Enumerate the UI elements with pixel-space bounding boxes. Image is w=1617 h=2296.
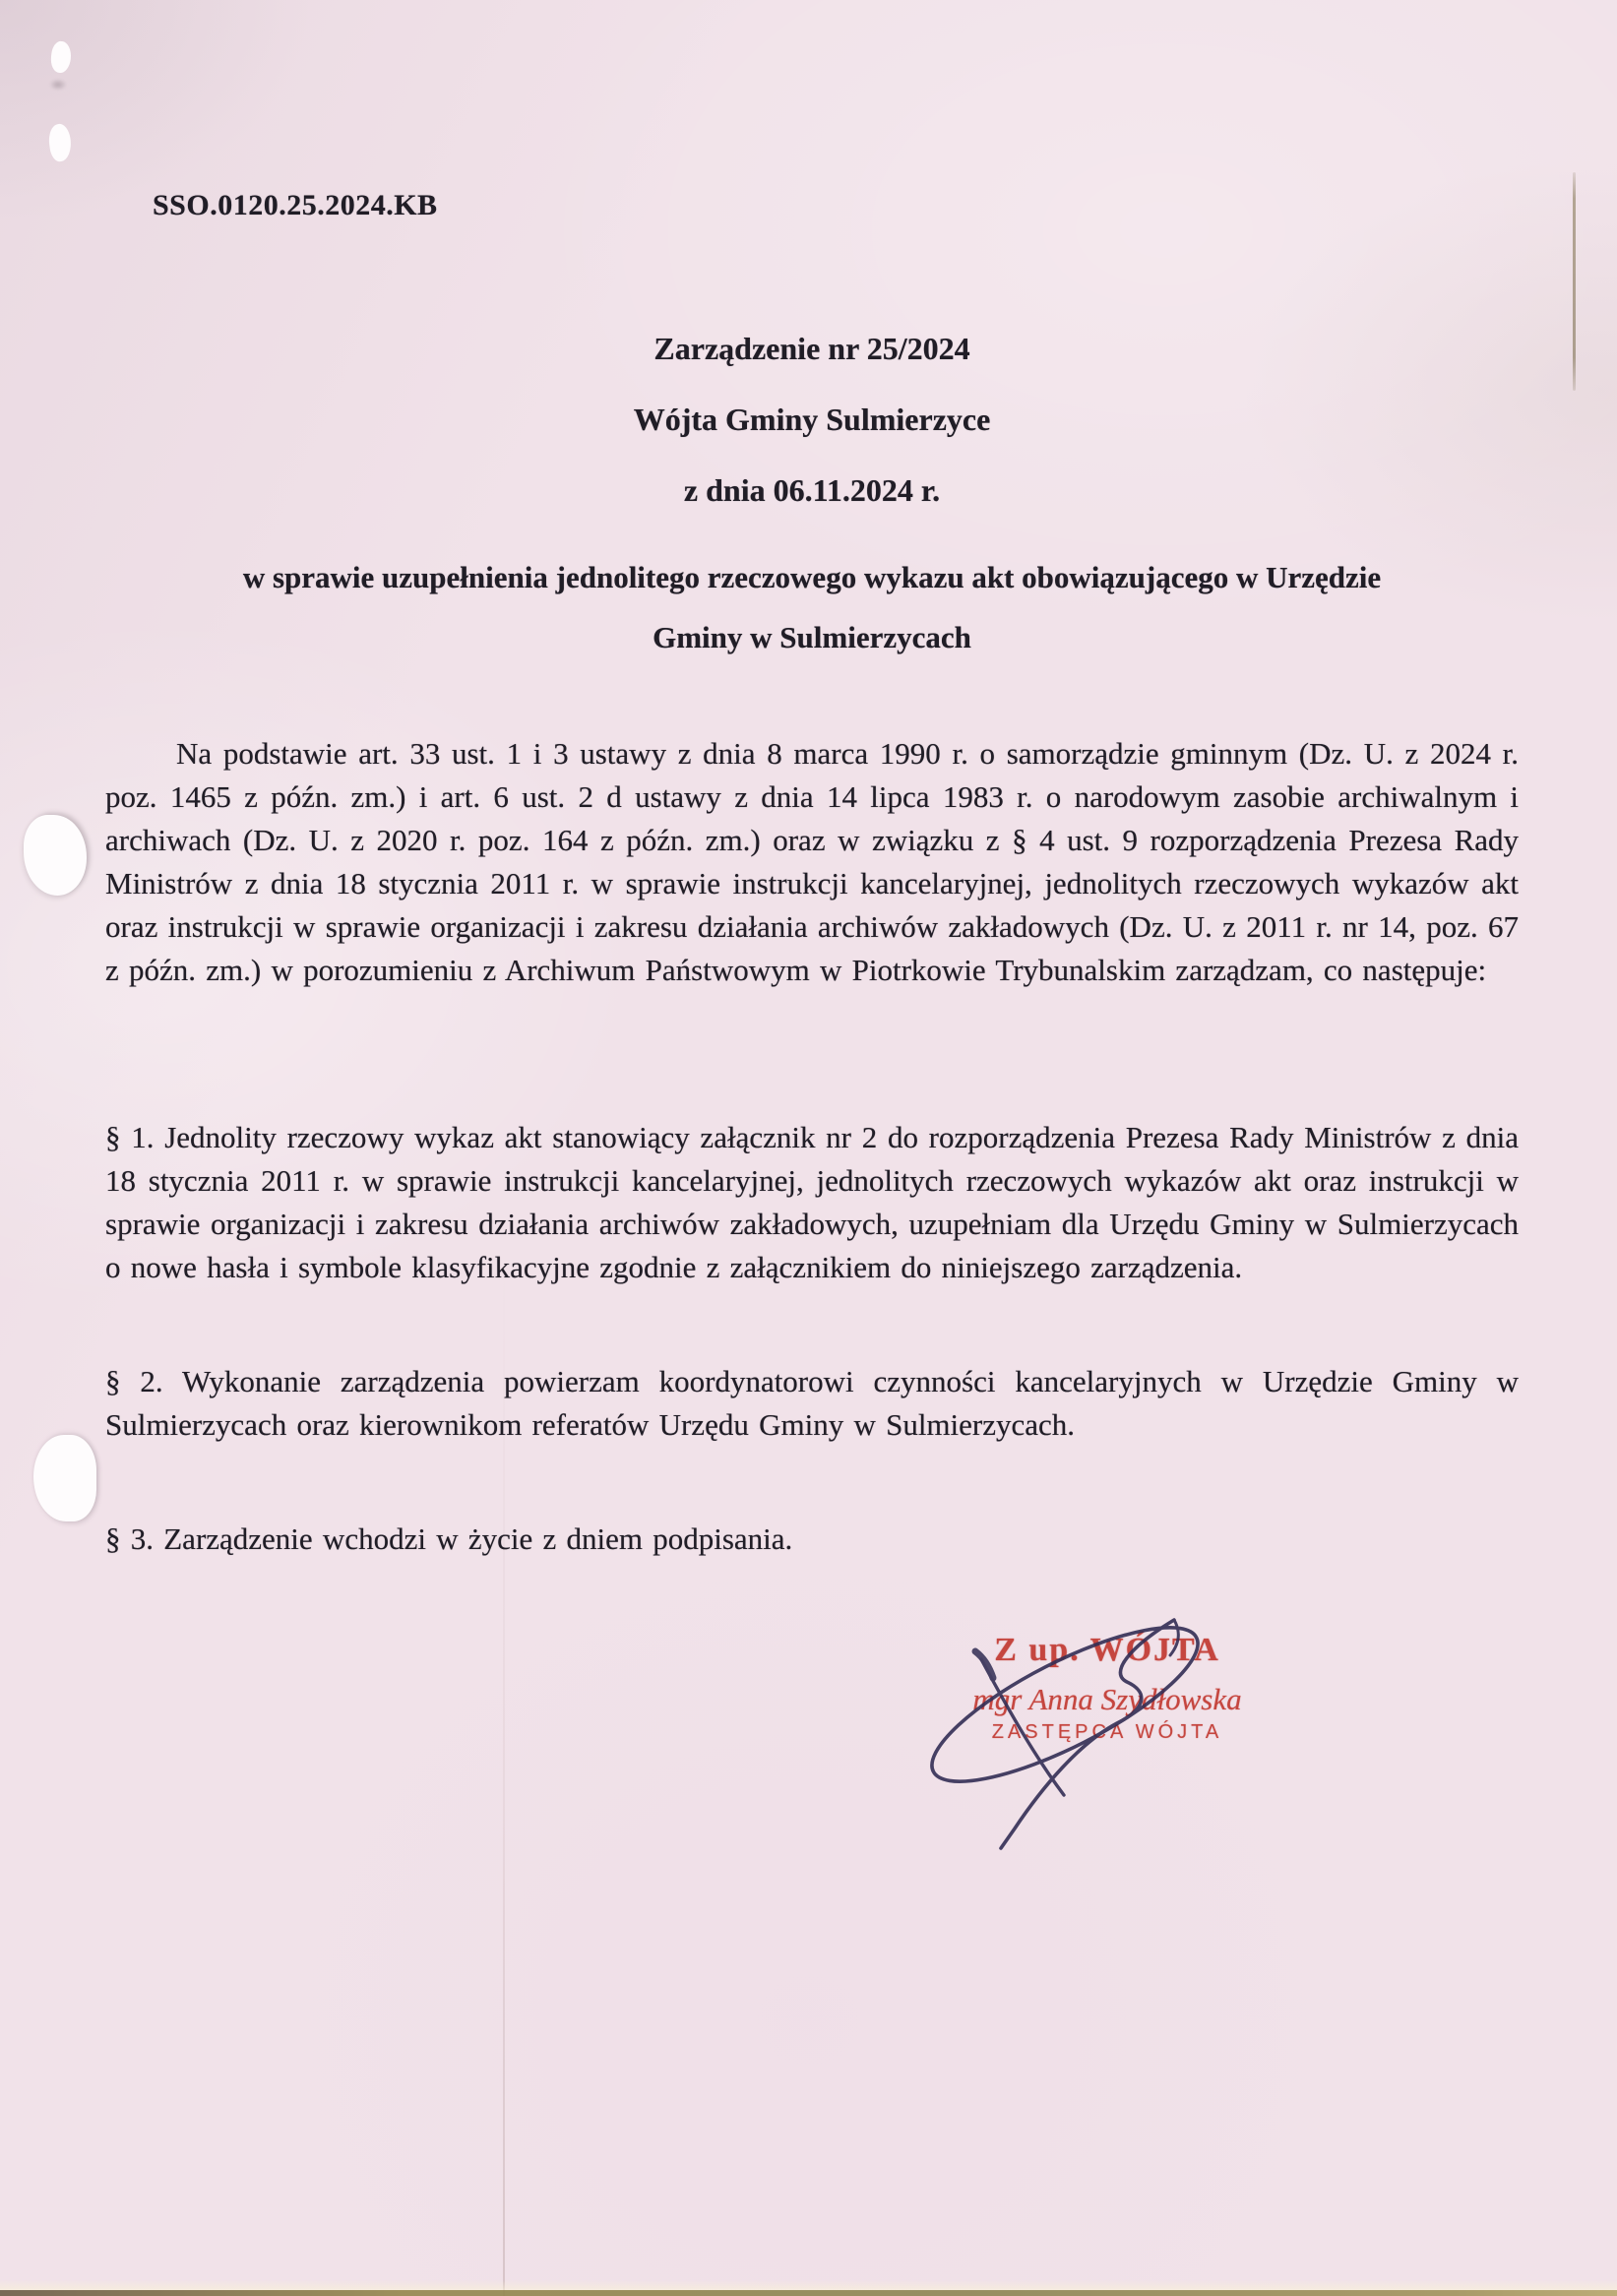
title-line-2: Wójta Gminy Sulmierzyce [105,402,1519,438]
paragraph-2: § 2. Wykonanie zarządzenia powierzam koo… [105,1360,1519,1447]
title-line-1: Zarządzenie nr 25/2024 [105,331,1519,367]
legal-preamble-paragraph: Na podstawie art. 33 ust. 1 i 3 ustawy z… [105,732,1519,992]
scan-smudge [49,79,67,91]
subject-line-2: Gminy w Sulmierzycach [105,607,1519,667]
correction-blob-top-1 [49,40,72,74]
subject-line-1: w sprawie uzupełnienia jednolitego rzecz… [105,547,1519,607]
page-bottom-highlight [0,2280,1617,2290]
paragraph-3: § 3. Zarządzenie wchodzi w życie z dniem… [105,1518,1519,1561]
title-line-3: z dnia 06.11.2024 r. [105,472,1519,509]
hole-punch-blob-lower [33,1435,96,1521]
hole-punch-blob-upper [24,815,87,896]
scanner-line-artifact [1573,172,1576,391]
correction-blob-top-2 [46,123,73,163]
subject-heading: w sprawie uzupełnienia jednolitego rzecz… [105,547,1519,667]
reference-number: SSO.0120.25.2024.KB [153,189,438,222]
handwritten-signature [832,1594,1265,1870]
page-bottom-edge [0,2290,1617,2296]
scanned-document-page: SSO.0120.25.2024.KB Zarządzenie nr 25/20… [0,0,1617,2296]
paragraph-1: § 1. Jednolity rzeczowy wykaz akt stanow… [105,1116,1519,1289]
